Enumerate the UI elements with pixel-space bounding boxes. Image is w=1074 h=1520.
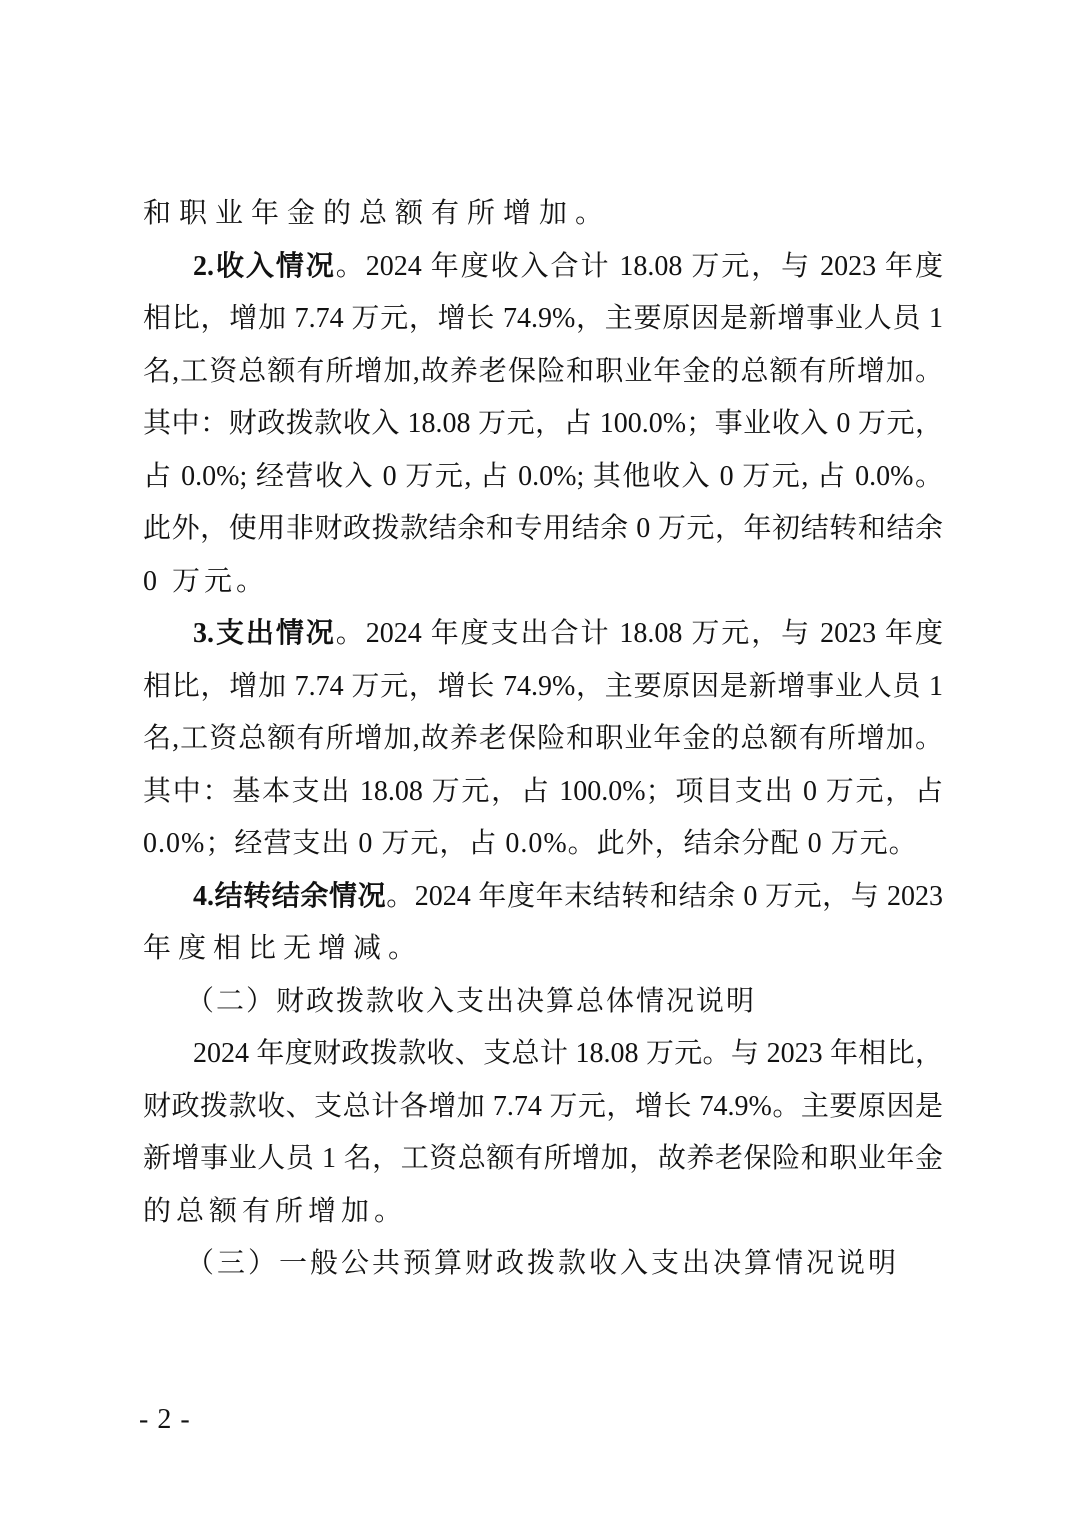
paragraph: 4.结转结余情况。2024 年度年末结转和结余 0 万元，与 2023 年度相比…: [143, 871, 943, 976]
text-line: 3.支出情况。2024 年度支出合计 18.08 万元，与 2023 年度: [143, 608, 943, 661]
text-line: 名,工资总额有所增加,故养老保险和职业年金的总额有所增加。: [143, 346, 943, 399]
text-line: 相比，增加 7.74 万元，增长 74.9%，主要原因是新增事业人员 1: [143, 293, 943, 346]
text-line: 其中：财政拨款收入 18.08 万元，占 100.0%；事业收入 0 万元，: [143, 398, 943, 451]
section-heading: （三）一般公共预算财政拨款收入支出决算情况说明: [143, 1238, 943, 1291]
paragraph: 2.收入情况。2024 年度收入合计 18.08 万元，与 2023 年度 相比…: [143, 241, 943, 609]
text-line: 名,工资总额有所增加,故养老保险和职业年金的总额有所增加。: [143, 713, 943, 766]
document-page: 和职业年金的总额有所增加。 2.收入情况。2024 年度收入合计 18.08 万…: [0, 0, 1074, 1520]
paragraph-label: 4.结转结余情况: [193, 881, 386, 912]
paragraph: 3.支出情况。2024 年度支出合计 18.08 万元，与 2023 年度 相比…: [143, 608, 943, 871]
line-text: 。2024 年度年末结转和结余 0 万元，与 2023: [386, 881, 943, 912]
line-text: 。2024 年度支出合计 18.08 万元，与 2023 年度: [336, 618, 943, 649]
section-heading: （二）财政拨款收入支出决算总体情况说明: [143, 976, 943, 1029]
text-line: 和职业年金的总额有所增加。: [143, 188, 943, 241]
text-line: 的总额有所增加。: [143, 1186, 943, 1239]
document-body: 和职业年金的总额有所增加。 2.收入情况。2024 年度收入合计 18.08 万…: [143, 188, 943, 1291]
text-line: 其中：基本支出 18.08 万元，占 100.0%；项目支出 0 万元，占: [143, 766, 943, 819]
heading-line: （三）一般公共预算财政拨款收入支出决算情况说明: [143, 1238, 943, 1291]
text-line: 4.结转结余情况。2024 年度年末结转和结余 0 万元，与 2023: [143, 871, 943, 924]
heading-line: （二）财政拨款收入支出决算总体情况说明: [143, 976, 943, 1029]
paragraph-label: 2.收入情况: [193, 251, 336, 282]
paragraph: 和职业年金的总额有所增加。: [143, 188, 943, 241]
page-number: - 2 -: [139, 1402, 191, 1438]
paragraph: 2024 年度财政拨款收、支总计 18.08 万元。与 2023 年相比， 财政…: [143, 1028, 943, 1238]
text-line: 财政拨款收、支总计各增加 7.74 万元，增长 74.9%。主要原因是: [143, 1081, 943, 1134]
text-line: 0 万元。: [143, 556, 943, 609]
text-line: 2.收入情况。2024 年度收入合计 18.08 万元，与 2023 年度: [143, 241, 943, 294]
text-line: 0.0%；经营支出 0 万元，占 0.0%。此外，结余分配 0 万元。: [143, 818, 943, 871]
text-line: 此外，使用非财政拨款结余和专用结余 0 万元，年初结转和结余: [143, 503, 943, 556]
text-line: 新增事业人员 1 名，工资总额有所增加，故养老保险和职业年金: [143, 1133, 943, 1186]
text-line: 相比，增加 7.74 万元，增长 74.9%，主要原因是新增事业人员 1: [143, 661, 943, 714]
text-line: 占 0.0%; 经营收入 0 万元, 占 0.0%; 其他收入 0 万元, 占 …: [143, 451, 943, 504]
line-text: 。2024 年度收入合计 18.08 万元，与 2023 年度: [336, 251, 943, 282]
paragraph-label: 3.支出情况: [193, 618, 336, 649]
text-line: 2024 年度财政拨款收、支总计 18.08 万元。与 2023 年相比，: [143, 1028, 943, 1081]
text-line: 年度相比无增减。: [143, 923, 943, 976]
